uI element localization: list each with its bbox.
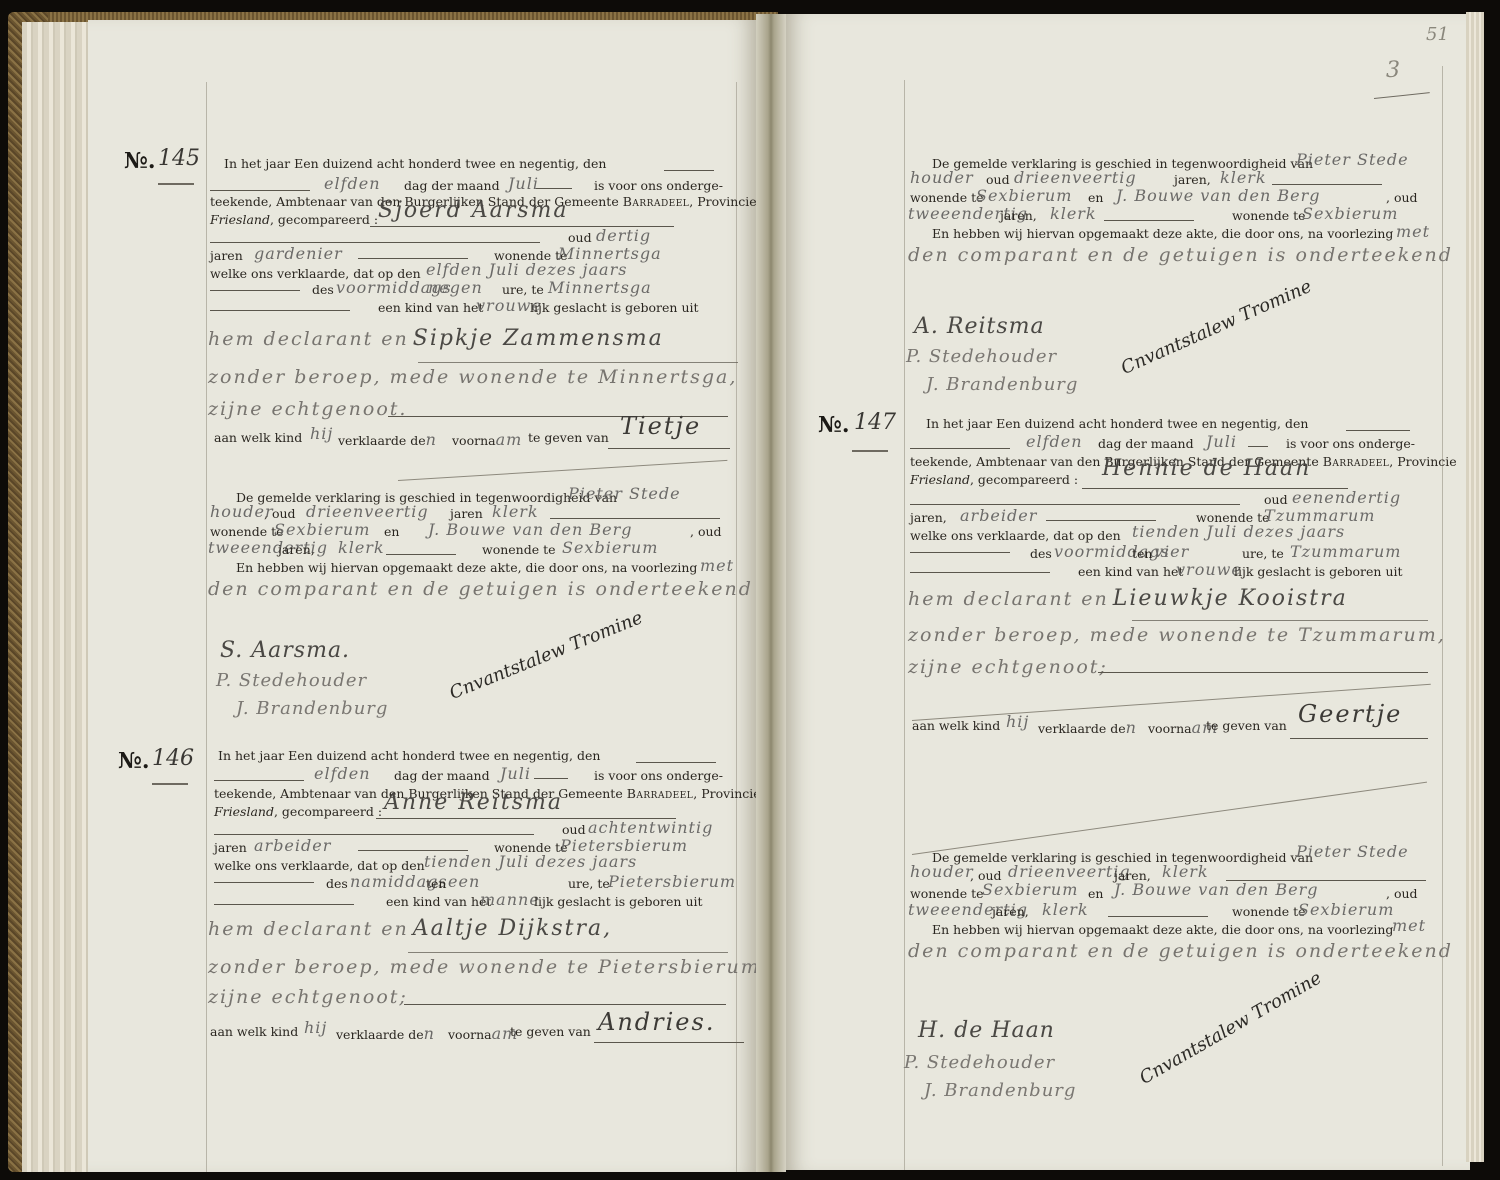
- closing-suffix: met: [1392, 916, 1426, 935]
- label-is-voor-ons: is voor ons onderge-: [1286, 436, 1415, 451]
- signature-witness2: J. Brandenburg: [924, 1082, 1076, 1100]
- declarant-occupation: arbeider: [254, 836, 331, 855]
- label-welke: welke ons verklaarde, dat op den: [214, 858, 425, 873]
- declarant-name: Hennie de Haan: [1102, 456, 1311, 481]
- signature-witness1: P. Stedehouder: [904, 1054, 1055, 1072]
- declarant-age: achtentwintig: [588, 818, 713, 837]
- mother-relation-line: zijne echtgenoot;: [908, 656, 1108, 678]
- label-ure-te: ure, te: [1242, 546, 1284, 561]
- mother-prefix: hem declarant en: [908, 588, 1109, 610]
- label-wonende-te: wonende te: [910, 886, 984, 901]
- label-verklaarde-de: verklaarde de: [1038, 721, 1126, 736]
- label-provincie: , Provincie: [1389, 454, 1456, 469]
- label-aan-welk-kind: aan welk kind: [210, 1024, 298, 1039]
- label-is-voor-ons: is voor ons onderge-: [594, 768, 723, 783]
- label-ten: ten: [426, 876, 446, 891]
- child-sex: manne: [480, 890, 540, 909]
- label-voornaam: voorna: [448, 1027, 492, 1042]
- label-jaren: jaren,: [992, 904, 1029, 919]
- mother-occupation-line: zonder beroep, mede wonende te Pietersbi…: [208, 956, 769, 978]
- left-page: №. 145 In het jaar Een duizend acht hond…: [88, 20, 756, 1172]
- label-oud: , oud: [1386, 886, 1418, 901]
- declarant-name: Anne Reitsma: [384, 790, 563, 815]
- entry-number-label: №.: [118, 750, 150, 772]
- label-geslacht: lijk geslacht is geboren uit: [534, 894, 703, 909]
- child-sex: vrouwe: [1176, 560, 1242, 579]
- entry-146: №. 146 In het jaar Een duizend acht hond…: [88, 20, 756, 1172]
- label-oud: oud: [1264, 492, 1288, 507]
- label-geslacht: lijk geslacht is geboren uit: [1234, 564, 1403, 579]
- hour: vier: [1154, 542, 1189, 561]
- label-des: des: [1030, 546, 1052, 561]
- day-handwritten: elfden: [314, 764, 371, 783]
- mother-prefix: hem declarant en: [208, 918, 409, 940]
- closing-line: den comparant en de getuigen is ondertee…: [908, 940, 1453, 962]
- label-en: en: [1088, 886, 1103, 901]
- label-welke: welke ons verklaarde, dat op den: [910, 528, 1121, 543]
- label-voornaam: voorna: [1148, 721, 1192, 736]
- label-te-geven-van: te geven van: [1206, 718, 1287, 733]
- label-een-kind: een kind van het: [386, 894, 491, 909]
- label-verklaarde-de: verklaarde de: [336, 1027, 424, 1042]
- mother-occupation-line: zonder beroep, mede wonende te Tzummarum…: [908, 624, 1446, 646]
- witness2-residence: Sexbierum: [1298, 900, 1394, 919]
- child-name: Geertje: [1298, 700, 1402, 728]
- month-handwritten: Juli: [1206, 432, 1237, 451]
- label-gecompareerd: , gecompareerd :: [970, 472, 1078, 487]
- entry-number: 147: [854, 412, 896, 434]
- witness1-name-cont: houder: [910, 862, 974, 881]
- witness1-residence: Sexbierum: [982, 880, 1078, 899]
- book-gutter: [756, 14, 786, 1172]
- de-suffix: n: [424, 1024, 435, 1043]
- hour: een: [448, 872, 480, 891]
- province: Friesland: [910, 472, 970, 487]
- witness2-occupation: klerk: [1042, 900, 1089, 919]
- pronoun: hij: [304, 1018, 327, 1037]
- label-oud: oud: [562, 822, 586, 837]
- page-stack-left: [22, 22, 94, 1172]
- signature-official: Cnvantstalew Tromine: [1137, 969, 1325, 1088]
- label-provincie: , Provincie: [693, 786, 760, 801]
- mother-name: Aaltje Dijkstra,: [413, 916, 612, 941]
- declarant-age: eenendertig: [1292, 488, 1401, 507]
- label-jaren: jaren,: [910, 510, 947, 525]
- label-des: des: [326, 876, 348, 891]
- witness1-age: drieenveertig: [1008, 862, 1131, 881]
- label-wonende-te: wonende te: [1232, 904, 1306, 919]
- birth-place: Tzummarum: [1290, 542, 1401, 561]
- label-ten: ten: [1132, 546, 1152, 561]
- year-line: In het jaar Een duizend acht honderd twe…: [218, 748, 600, 763]
- day-handwritten: elfden: [1026, 432, 1083, 451]
- label-jaren: jaren: [214, 840, 247, 855]
- label-dag-der-maand: dag der maand: [1098, 436, 1194, 451]
- entry-number-label: №.: [818, 414, 850, 436]
- label-en-hebben: En hebben wij hiervan opgemaakt deze akt…: [932, 922, 1393, 937]
- municipality: Barradeel: [627, 786, 694, 801]
- label-te-geven-van: te geven van: [510, 1024, 591, 1039]
- entry-147: №. 147 In het jaar Een duizend acht hond…: [786, 14, 1470, 1170]
- month-handwritten: Juli: [500, 764, 531, 783]
- child-name: Andries.: [598, 1008, 715, 1036]
- province: Friesland: [214, 804, 274, 819]
- signature-declarant: H. de Haan: [918, 1020, 1055, 1042]
- birth-place: Pietersbierum: [608, 872, 736, 891]
- witness1-occupation: klerk: [1162, 862, 1209, 881]
- label-ure-te: ure, te: [568, 876, 610, 891]
- mother-name: Lieuwkje Kooistra: [1113, 586, 1348, 611]
- label-gecompareerd: , gecompareerd :: [274, 804, 382, 819]
- label-aan-welk-kind: aan welk kind: [912, 718, 1000, 733]
- entry-number-underline: [152, 783, 188, 785]
- declarant-occupation: arbeider: [960, 506, 1037, 525]
- de-suffix: n: [1126, 718, 1137, 737]
- entry-number: 146: [152, 748, 194, 770]
- municipality: Barradeel: [1323, 454, 1390, 469]
- birth-date: tienden Juli dezes jaars: [1132, 522, 1345, 541]
- label-een-kind: een kind van het: [1078, 564, 1183, 579]
- pronoun: hij: [1006, 712, 1029, 731]
- year-line: In het jaar Een duizend acht honderd twe…: [926, 416, 1308, 431]
- entry-number-underline: [852, 450, 888, 452]
- right-page: 51 3 De gemelde verklaring is geschied i…: [786, 14, 1470, 1170]
- witness2-name: J. Bouwe van den Berg: [1114, 880, 1318, 899]
- mother-relation-line: zijne echtgenoot;: [208, 986, 408, 1008]
- witness1-name: Pieter Stede: [1296, 842, 1409, 861]
- page-stack-right: [1466, 12, 1484, 1162]
- label-dag-der-maand: dag der maand: [394, 768, 490, 783]
- birth-date: tienden Juli dezes jaars: [424, 852, 637, 871]
